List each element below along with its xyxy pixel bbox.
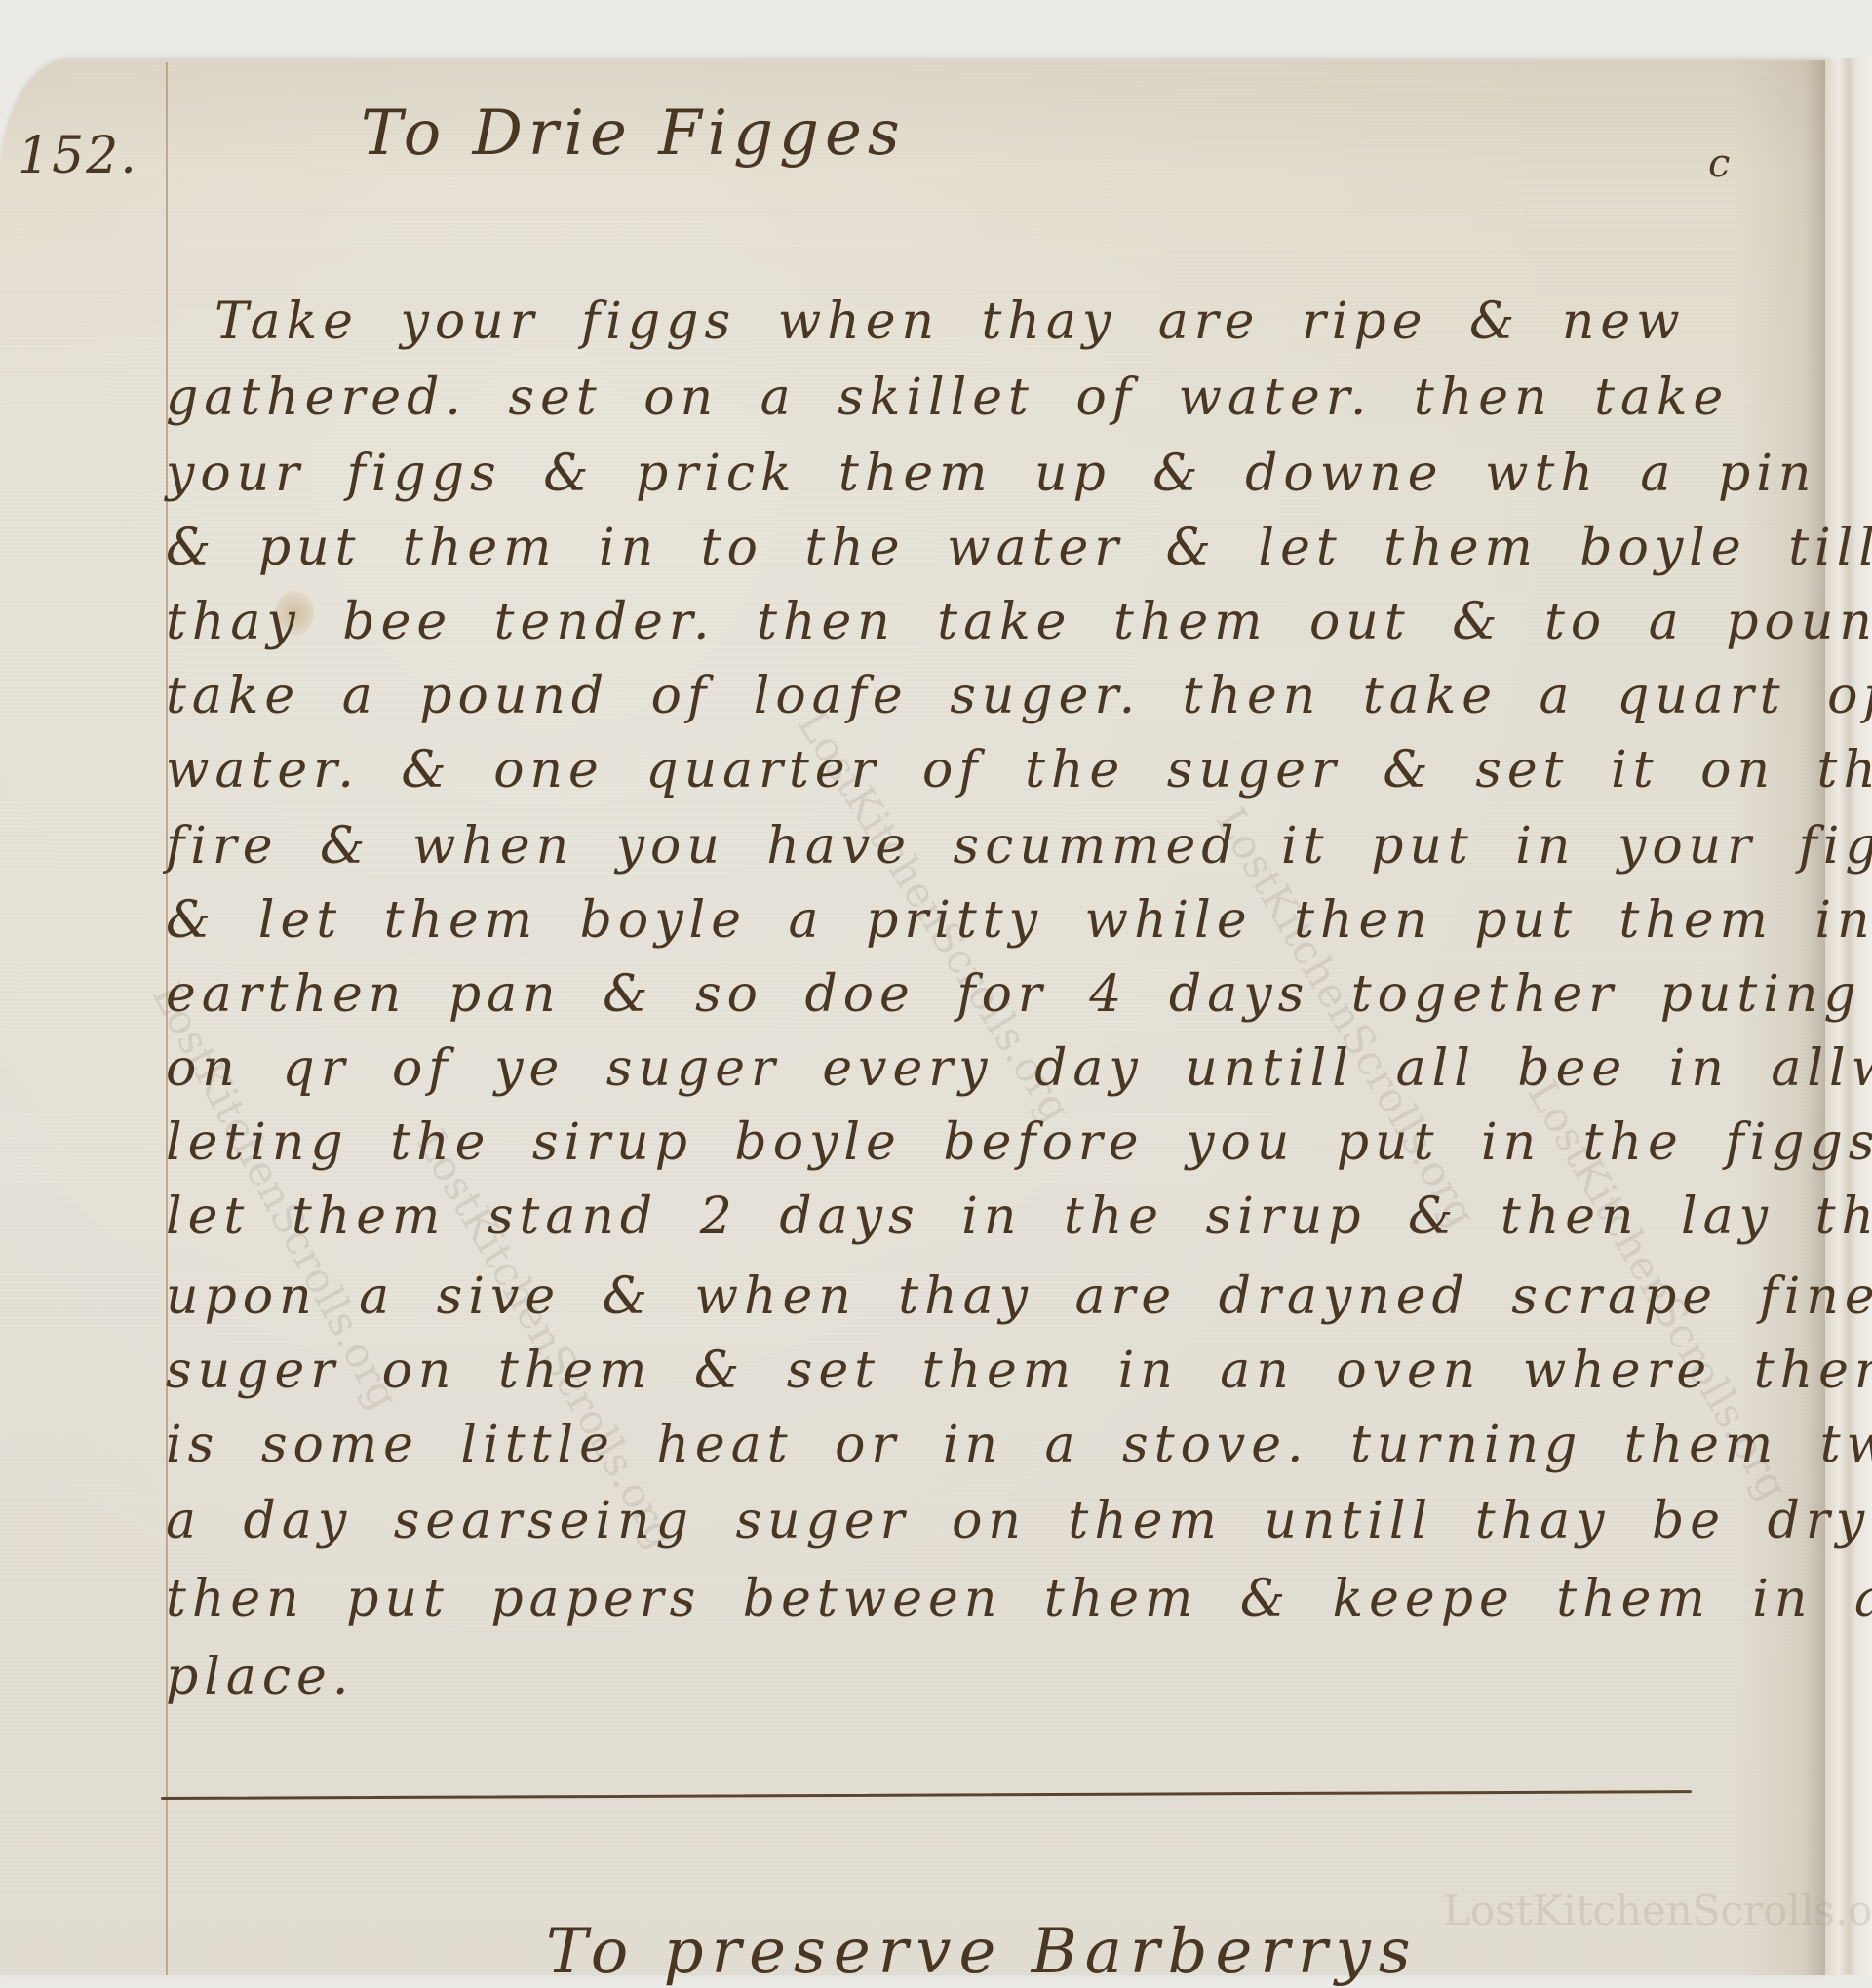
recipe-line: take a pound of loafe suger. then take a… (166, 667, 1872, 725)
recipe-title: To Drie Figges (361, 97, 906, 170)
corner-mark: c (1708, 141, 1730, 186)
next-recipe-title: To preserve Barberrys (546, 1916, 1419, 1975)
recipe-line: upon a sive & when thay are drayned scra… (166, 1267, 1872, 1326)
recipe-line: fire & when you have scummed it put in y… (166, 817, 1872, 876)
folio-number: 152. (18, 127, 138, 185)
recipe-line: your figgs & prick them up & downe wth a… (166, 445, 1816, 503)
recipe-line: Take your figgs when thay are ripe & new (214, 292, 1686, 351)
recipe-line: & let them boyle a pritty while then put… (166, 891, 1872, 950)
recipe-line: a day searseing suger on them untill tha… (166, 1492, 1870, 1550)
watermark: LostKitchenScrolls.org (1443, 1887, 1872, 1934)
recipe-line: water. & one quarter of the suger & set … (166, 741, 1872, 799)
recipe-line: is some little heat or in a stove. turni… (166, 1416, 1872, 1474)
recipe-line: place. (166, 1648, 354, 1706)
recipe-line: on qr of ye suger every day untill all b… (166, 1039, 1872, 1098)
recipe-line: earthen pan & so doe for 4 days together… (166, 965, 1872, 1024)
recipe-line: let them stand 2 days in the sirup & the… (166, 1188, 1872, 1246)
recipe-line: leting the sirup boyle before you put in… (166, 1113, 1872, 1172)
recipe-line: & put them in to the water & let them bo… (166, 519, 1872, 577)
recipe-line: gathered. set on a skillet of water. the… (166, 369, 1729, 427)
recipe-line: then put papers between them & keepe the… (166, 1570, 1872, 1628)
recipe-line: suger on them & set them in an oven wher… (166, 1342, 1872, 1400)
recipe-line: thay bee tender. then take them out & to… (166, 593, 1872, 651)
